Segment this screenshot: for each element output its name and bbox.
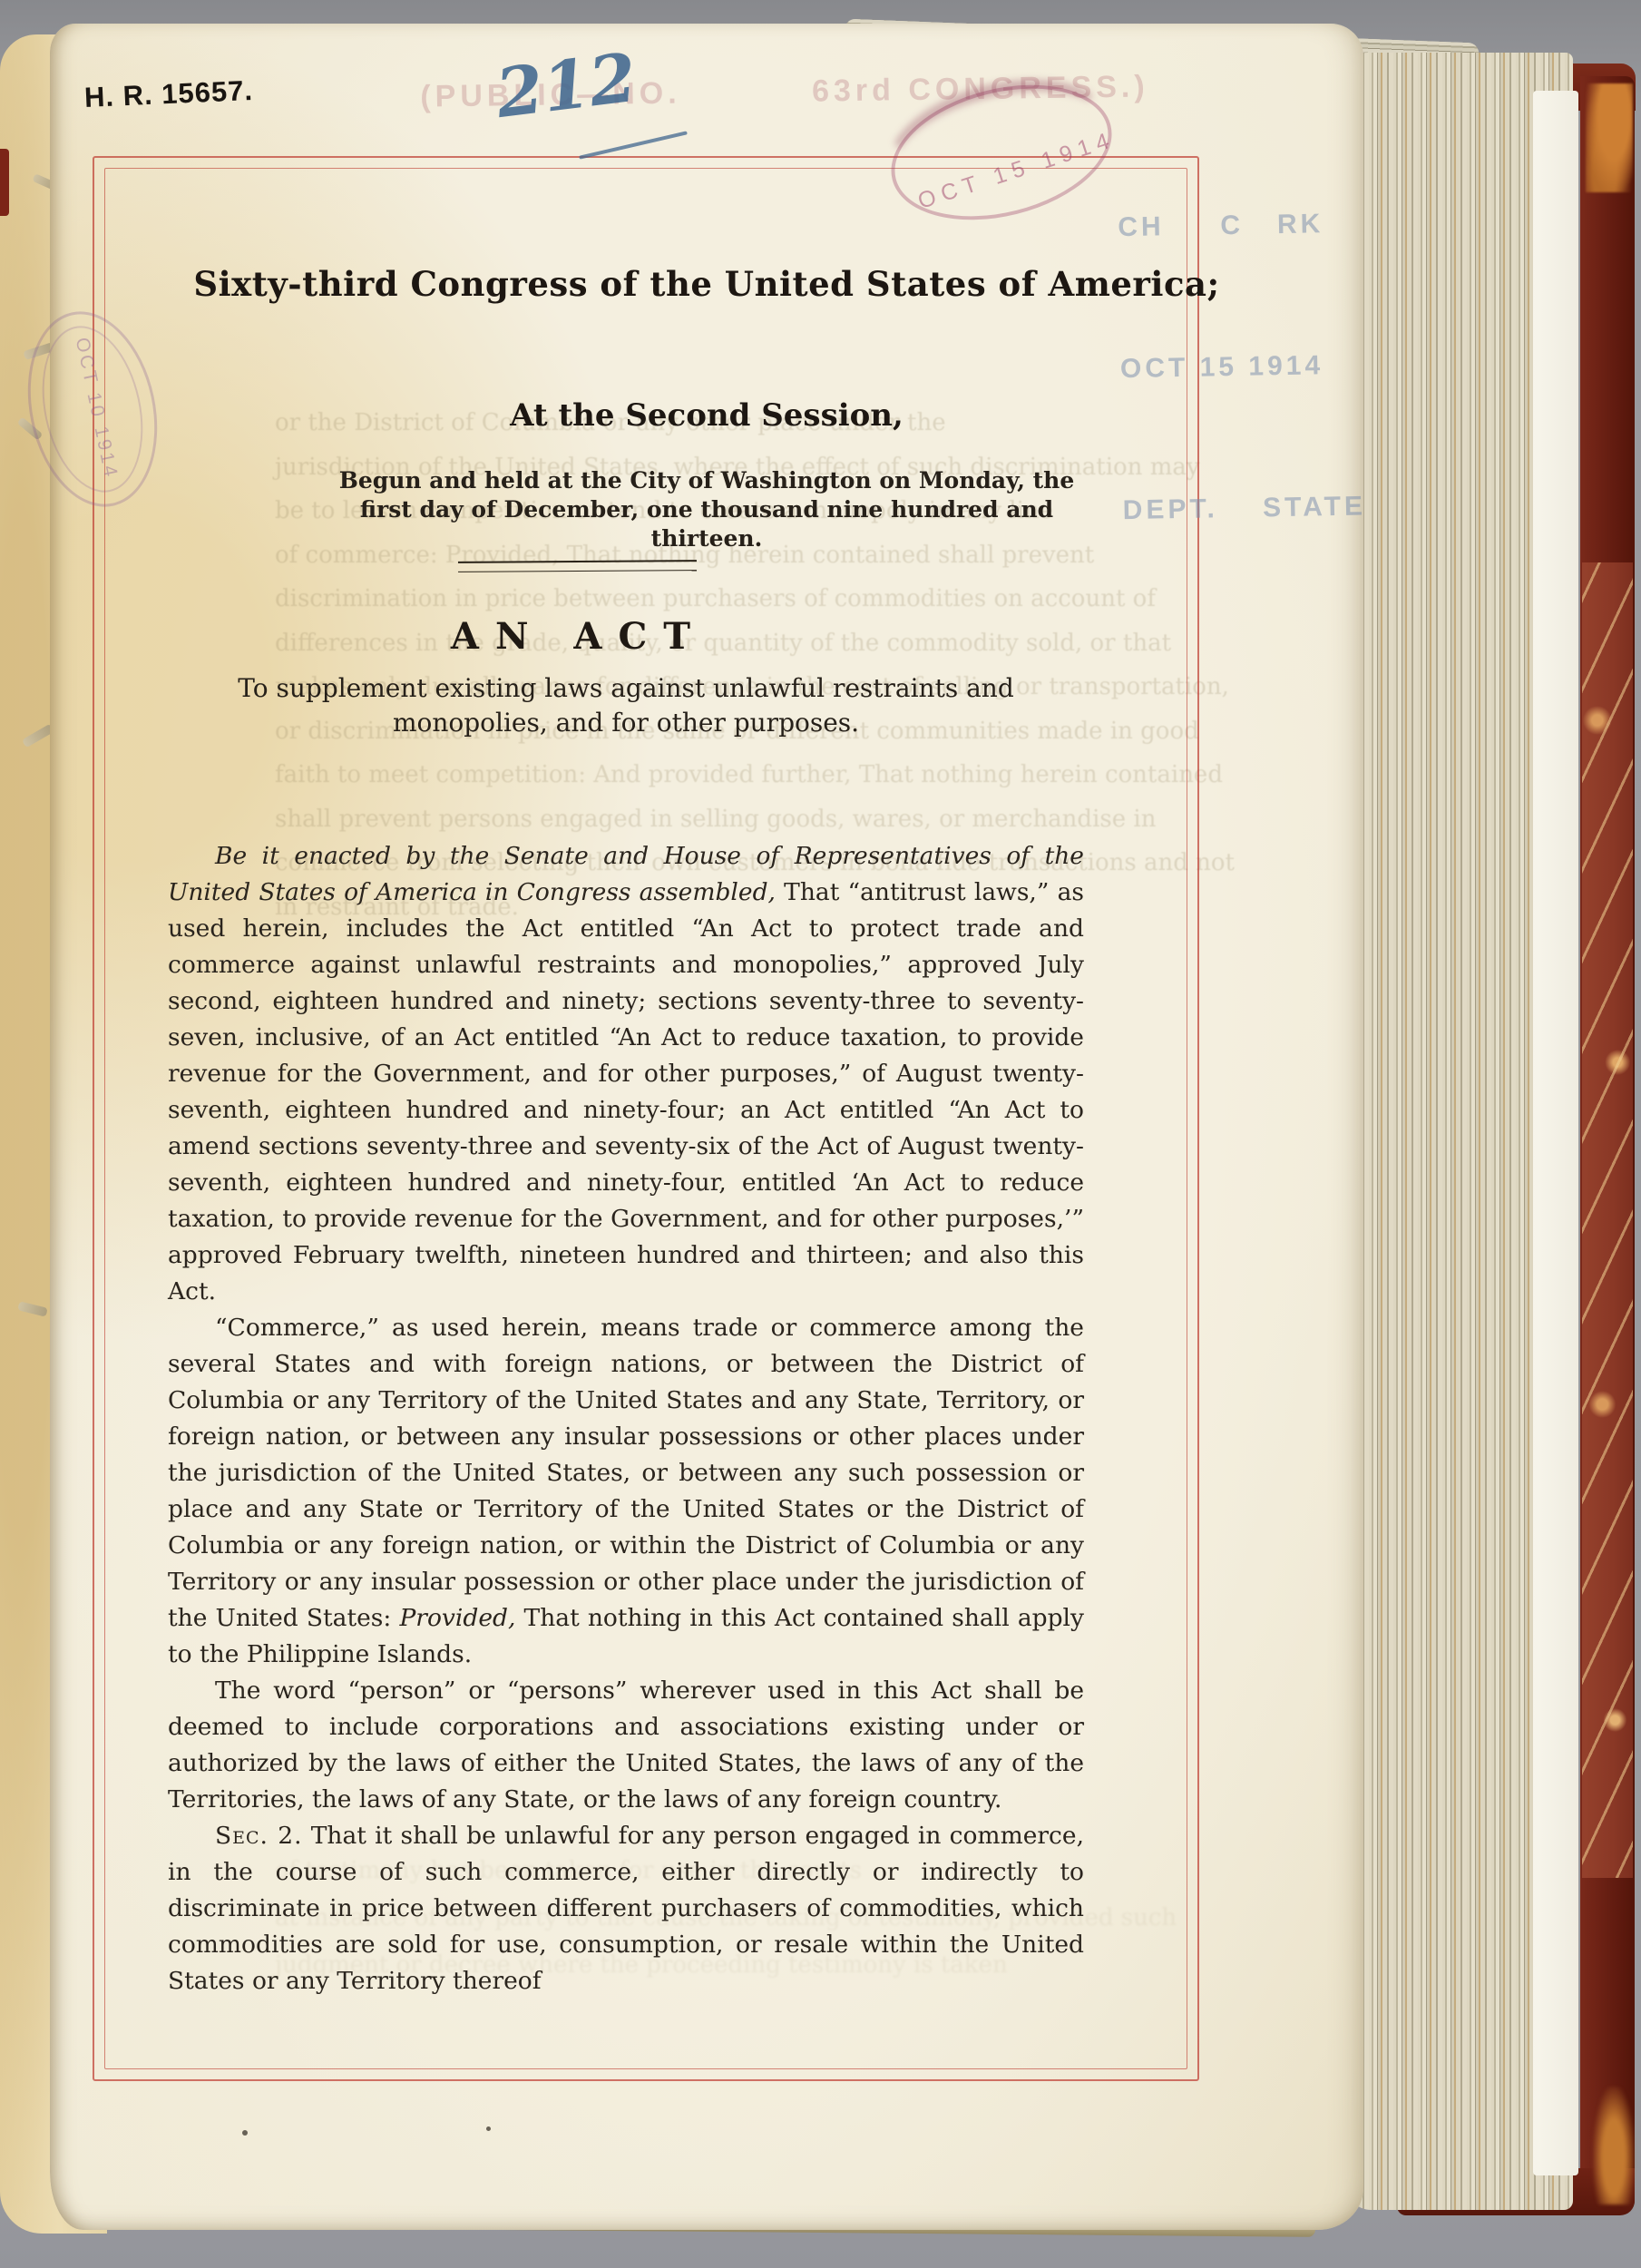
- cover-sliver-left: [0, 149, 9, 216]
- double-rule-divider: [458, 560, 697, 572]
- bill-number: H. R. 15657.: [83, 74, 253, 114]
- cover-corner-scuff: [1586, 83, 1633, 192]
- photograph-background: { "document": { "bill_number": "H. R. 15…: [0, 0, 1641, 2268]
- congress-title: Sixty-third Congress of the United State…: [193, 264, 1219, 304]
- handwritten-law-number: 212: [492, 39, 640, 133]
- clerk-stamp-line3: DEPT. STATE: [1122, 482, 1450, 534]
- ink-speck: [486, 2126, 491, 2131]
- chief-clerk-stamp: CH C RK OCT 15 1914 DEPT. STATE: [1116, 104, 1451, 629]
- document-page: or the District of Columbia or any other…: [50, 24, 1363, 2230]
- act-subtitle: To supplement existing laws against unla…: [168, 671, 1084, 740]
- handwritten-underline: [579, 131, 688, 159]
- guard-page-edge: [1533, 91, 1578, 2175]
- act-body-text: Be it enacted by the Senate and House of…: [168, 838, 1084, 1999]
- clerk-stamp-line2: OCT 15 1914: [1120, 340, 1448, 393]
- cover-corner-scuff: [1593, 2087, 1635, 2204]
- ink-speck: [242, 2130, 248, 2136]
- clerk-stamp-line1: CH C RK: [1118, 199, 1445, 251]
- act-heading: AN ACT: [171, 615, 987, 658]
- book-cover-marbled-paper: [1582, 562, 1633, 1878]
- session-details: Begun and held at the City of Washington…: [317, 466, 1097, 553]
- session-title: At the Second Session,: [510, 397, 904, 434]
